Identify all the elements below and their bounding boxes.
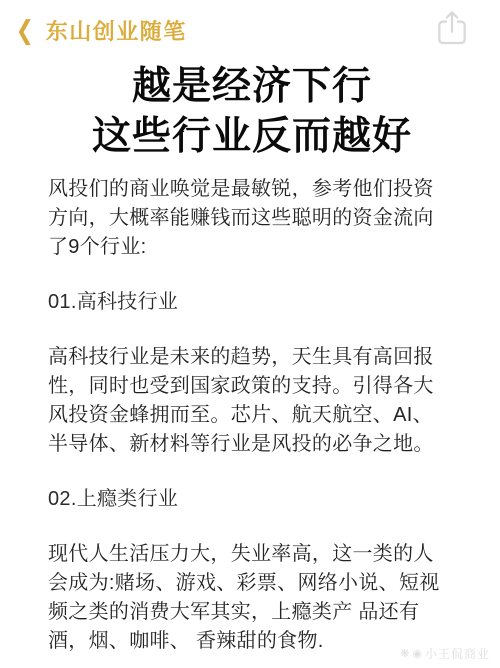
section-heading-2: 02.上瘾类行业 (48, 485, 456, 514)
section-body-1: 高科技行业是未来的趋势，天生具有高回报 性，同时也受到国家政策的支持。引得各大 … (48, 343, 456, 459)
post-title: 越是经济下行 这些行业反而越好 (48, 62, 456, 162)
section-body-2: 现代人生活压力大，失业率高，这一类的人 会成为:赌场、游戏、彩票、网络小说、短视… (48, 540, 456, 656)
back-button[interactable]: ❮ 东山创业随笔 (14, 15, 187, 46)
section-heading-1: 01.高科技行业 (48, 288, 456, 317)
article-body: 越是经济下行 这些行业反而越好 风投们的商业唤觉是最敏锐，参考他们投资 方向，大… (0, 62, 500, 656)
watermark-circle-logo-icon: ◉ (412, 647, 423, 660)
share-icon (436, 33, 468, 50)
chevron-left-icon: ❮ (16, 17, 35, 43)
share-button[interactable] (436, 8, 468, 51)
section-addictive: 02.上瘾类行业 现代人生活压力大，失业率高，这一类的人 会成为:赌场、游戏、彩… (48, 485, 456, 656)
intro-paragraph: 风投们的商业唤觉是最敏锐，参考他们投资 方向，大概率能赚钱而这些聪明的资金流向 … (48, 175, 456, 262)
section-high-tech: 01.高科技行业 高科技行业是未来的趋势，天生具有高回报 性，同时也受到国家政策… (48, 288, 456, 459)
watermark: ❋ ◉ 小王侃商业 (400, 645, 490, 662)
watermark-badge-icon: ❋ (400, 647, 410, 660)
header-bar: ❮ 东山创业随笔 (0, 0, 500, 54)
watermark-text: 小王侃商业 (425, 645, 490, 662)
channel-title: 东山创业随笔 (46, 15, 187, 46)
